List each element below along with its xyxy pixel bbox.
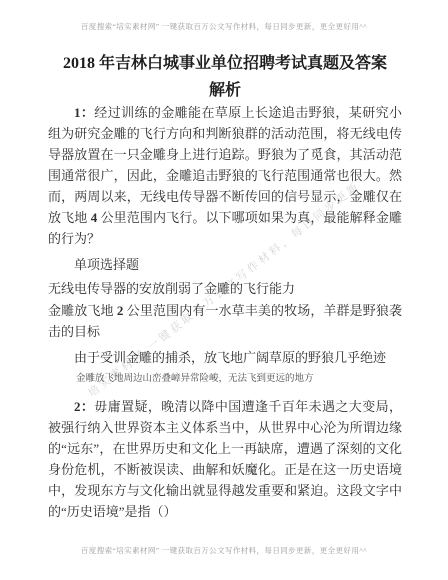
- footer-promo-note: 百度搜索“培实素材网” 一键获取百万公文写作材料，每日同步更新，更全更好用^^: [0, 546, 448, 556]
- section-label-single-choice: 单项选择题: [48, 254, 402, 275]
- question-2-text: 毋庸置疑，晚清以降中国遭逢千百年未遇之大变局，被强行纳入世界资本主义体系当中，从…: [48, 399, 402, 519]
- question-2-number: 2：: [74, 399, 94, 414]
- question-1-option-d: 金雕放飞地周边山峦叠嶂异常险峻，无法飞到更远的地方: [76, 373, 398, 386]
- question-1-option-a: 无线电传导器的安放削弱了金雕的飞行能力: [48, 278, 402, 299]
- question-1-option-b: 金雕放飞地 2 公里范围内有一水草丰美的牧场，羊群是野狼袭击的目标: [48, 300, 402, 342]
- question-1-option-c: 由于受训金雕的捕杀，放飞地广阔草原的野狼几乎绝迹: [48, 347, 402, 368]
- question-1-paragraph: 1：经过训练的金雕能在草原上长途追击野狼，某研究小组为研究金雕的飞行方向和判断狼…: [48, 102, 402, 249]
- document-page: 培实素材网 一键获取百万公文写作材料，每日同步更新 百度搜索“培实素材网” 一键…: [0, 0, 448, 580]
- document-title: 2018 年吉林白城事业单位招聘考试真题及答案 解析: [48, 50, 402, 104]
- question-2-paragraph: 2：毋庸置疑，晚清以降中国遭逢千百年未遇之大变局，被强行纳入世界资本主义体系当中…: [48, 396, 402, 522]
- question-1-text-post: 公里范围内飞行。以下哪项如果为真，最能解释金雕的行为？: [48, 210, 402, 246]
- option-b-text-pre: 金雕放飞地: [48, 303, 117, 318]
- header-promo-note: 百度搜索“培实素材网” 一键获取百万公文写作材料，每日同步更新，更全更好用^^: [0, 22, 448, 32]
- question-1-number: 1：: [74, 105, 94, 120]
- question-1-text-pre: 经过训练的金雕能在草原上长途追击野狼，某研究小组为研究金雕的飞行方向和判断狼群的…: [48, 105, 402, 225]
